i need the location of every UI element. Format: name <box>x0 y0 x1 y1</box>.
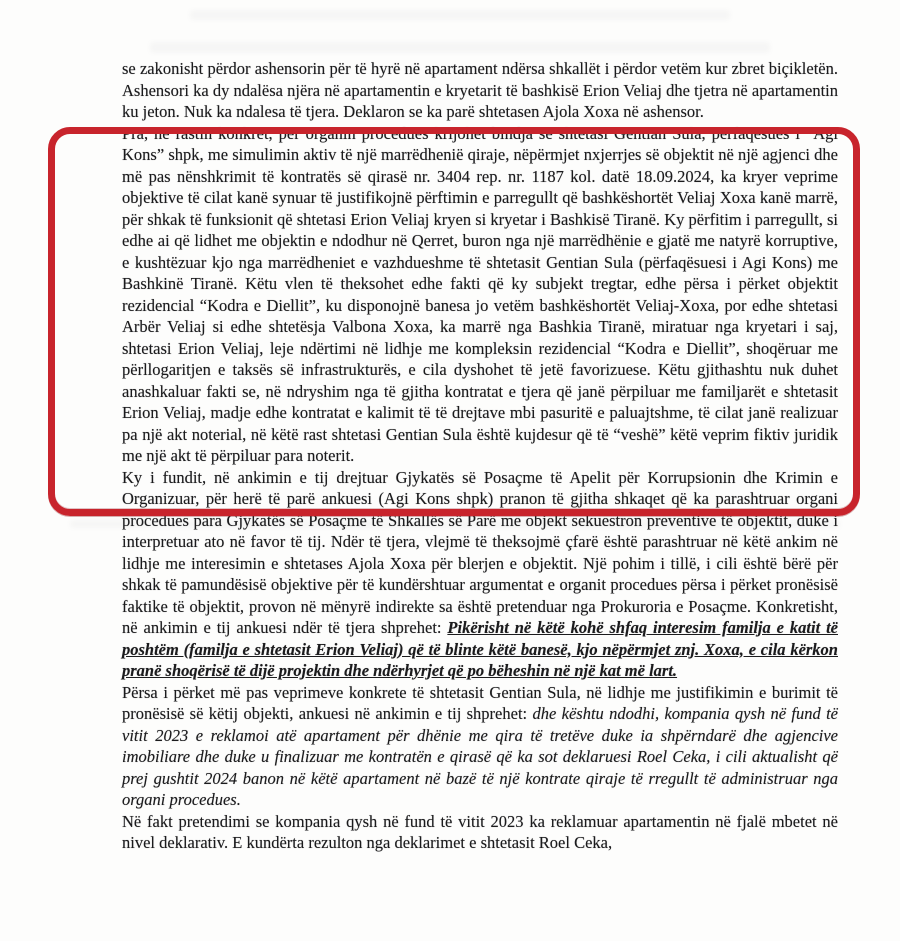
paragraph-boxed-findings: Pra, në rastin konkret, për organin proc… <box>122 123 838 467</box>
paragraph-ownership-justification: Përsa i përket më pas veprimeve konkrete… <box>122 682 838 811</box>
scanned-document-page: se zakonisht përdor ashensorin për të hy… <box>0 0 900 941</box>
paragraph-appeal-court: Ky i fundit, në ankimin e tij drejtuar G… <box>122 467 838 682</box>
appeal-lead-text: Ky i fundit, në ankimin e tij drejtuar G… <box>122 468 838 638</box>
paragraph-elevator-testimony: se zakonisht përdor ashensorin për të hy… <box>122 58 838 123</box>
bleedthrough-smudge-top <box>190 10 730 20</box>
document-text-column: se zakonisht përdor ashensorin për të hy… <box>122 58 838 854</box>
bleedthrough-smudge-upper <box>150 42 770 53</box>
paragraph-closing-statement: Në fakt pretendimi se kompania qysh në f… <box>122 811 838 854</box>
